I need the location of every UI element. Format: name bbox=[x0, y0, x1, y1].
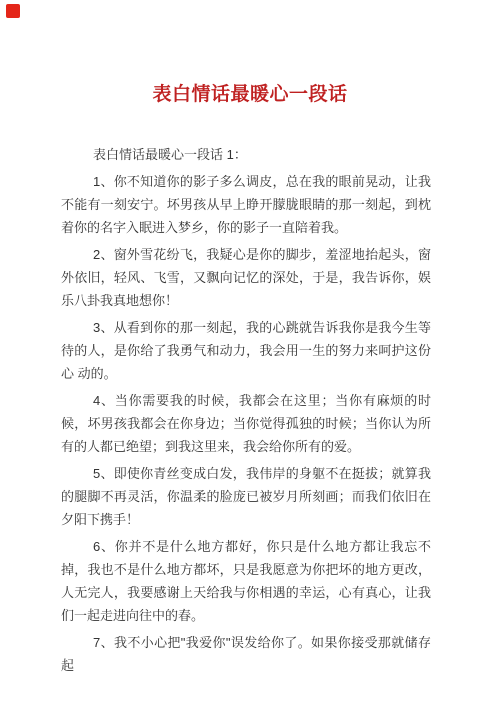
paragraph-5: 5、即使你青丝变成白发，我伟岸的身躯不在挺拔；就算我的腿脚不再灵活，你温柔的脸庞… bbox=[61, 462, 431, 531]
paragraph-4: 4、当你需要我的时候，我都会在这里；当你有麻烦的时候，坏男孩我都会在你身边；当你… bbox=[61, 389, 431, 458]
paragraph-1: 1、你不知道你的影子多么调皮，总在我的眼前晃动，让我不能有一刻安宁。坏男孩从早上… bbox=[61, 170, 431, 239]
document-body: 表白情话最暖心一段话 1： 1、你不知道你的影子多么调皮，总在我的眼前晃动，让我… bbox=[61, 143, 431, 677]
paragraph-6: 6、你并不是什么地方都好，你只是什么地方都让我忘不掉，我也不是什么地方都坏，只是… bbox=[61, 535, 431, 627]
document-title: 表白情话最暖心一段话 bbox=[0, 0, 500, 105]
red-badge-icon bbox=[6, 4, 20, 18]
section-heading: 表白情话最暖心一段话 1： bbox=[61, 143, 431, 166]
paragraph-7: 7、我不小心把"我爱你"误发给你了。如果你接受那就储存起 bbox=[61, 631, 431, 677]
paragraph-3: 3、从看到你的那一刻起，我的心跳就告诉我你是我今生等待的人，是你给了我勇气和动力… bbox=[61, 316, 431, 385]
document-page: 表白情话最暖心一段话 表白情话最暖心一段话 1： 1、你不知道你的影子多么调皮，… bbox=[0, 0, 500, 708]
paragraph-2: 2、窗外雪花纷飞，我疑心是你的脚步，羞涩地抬起头，窗外依旧，轻风、飞雪，又飘向记… bbox=[61, 243, 431, 312]
